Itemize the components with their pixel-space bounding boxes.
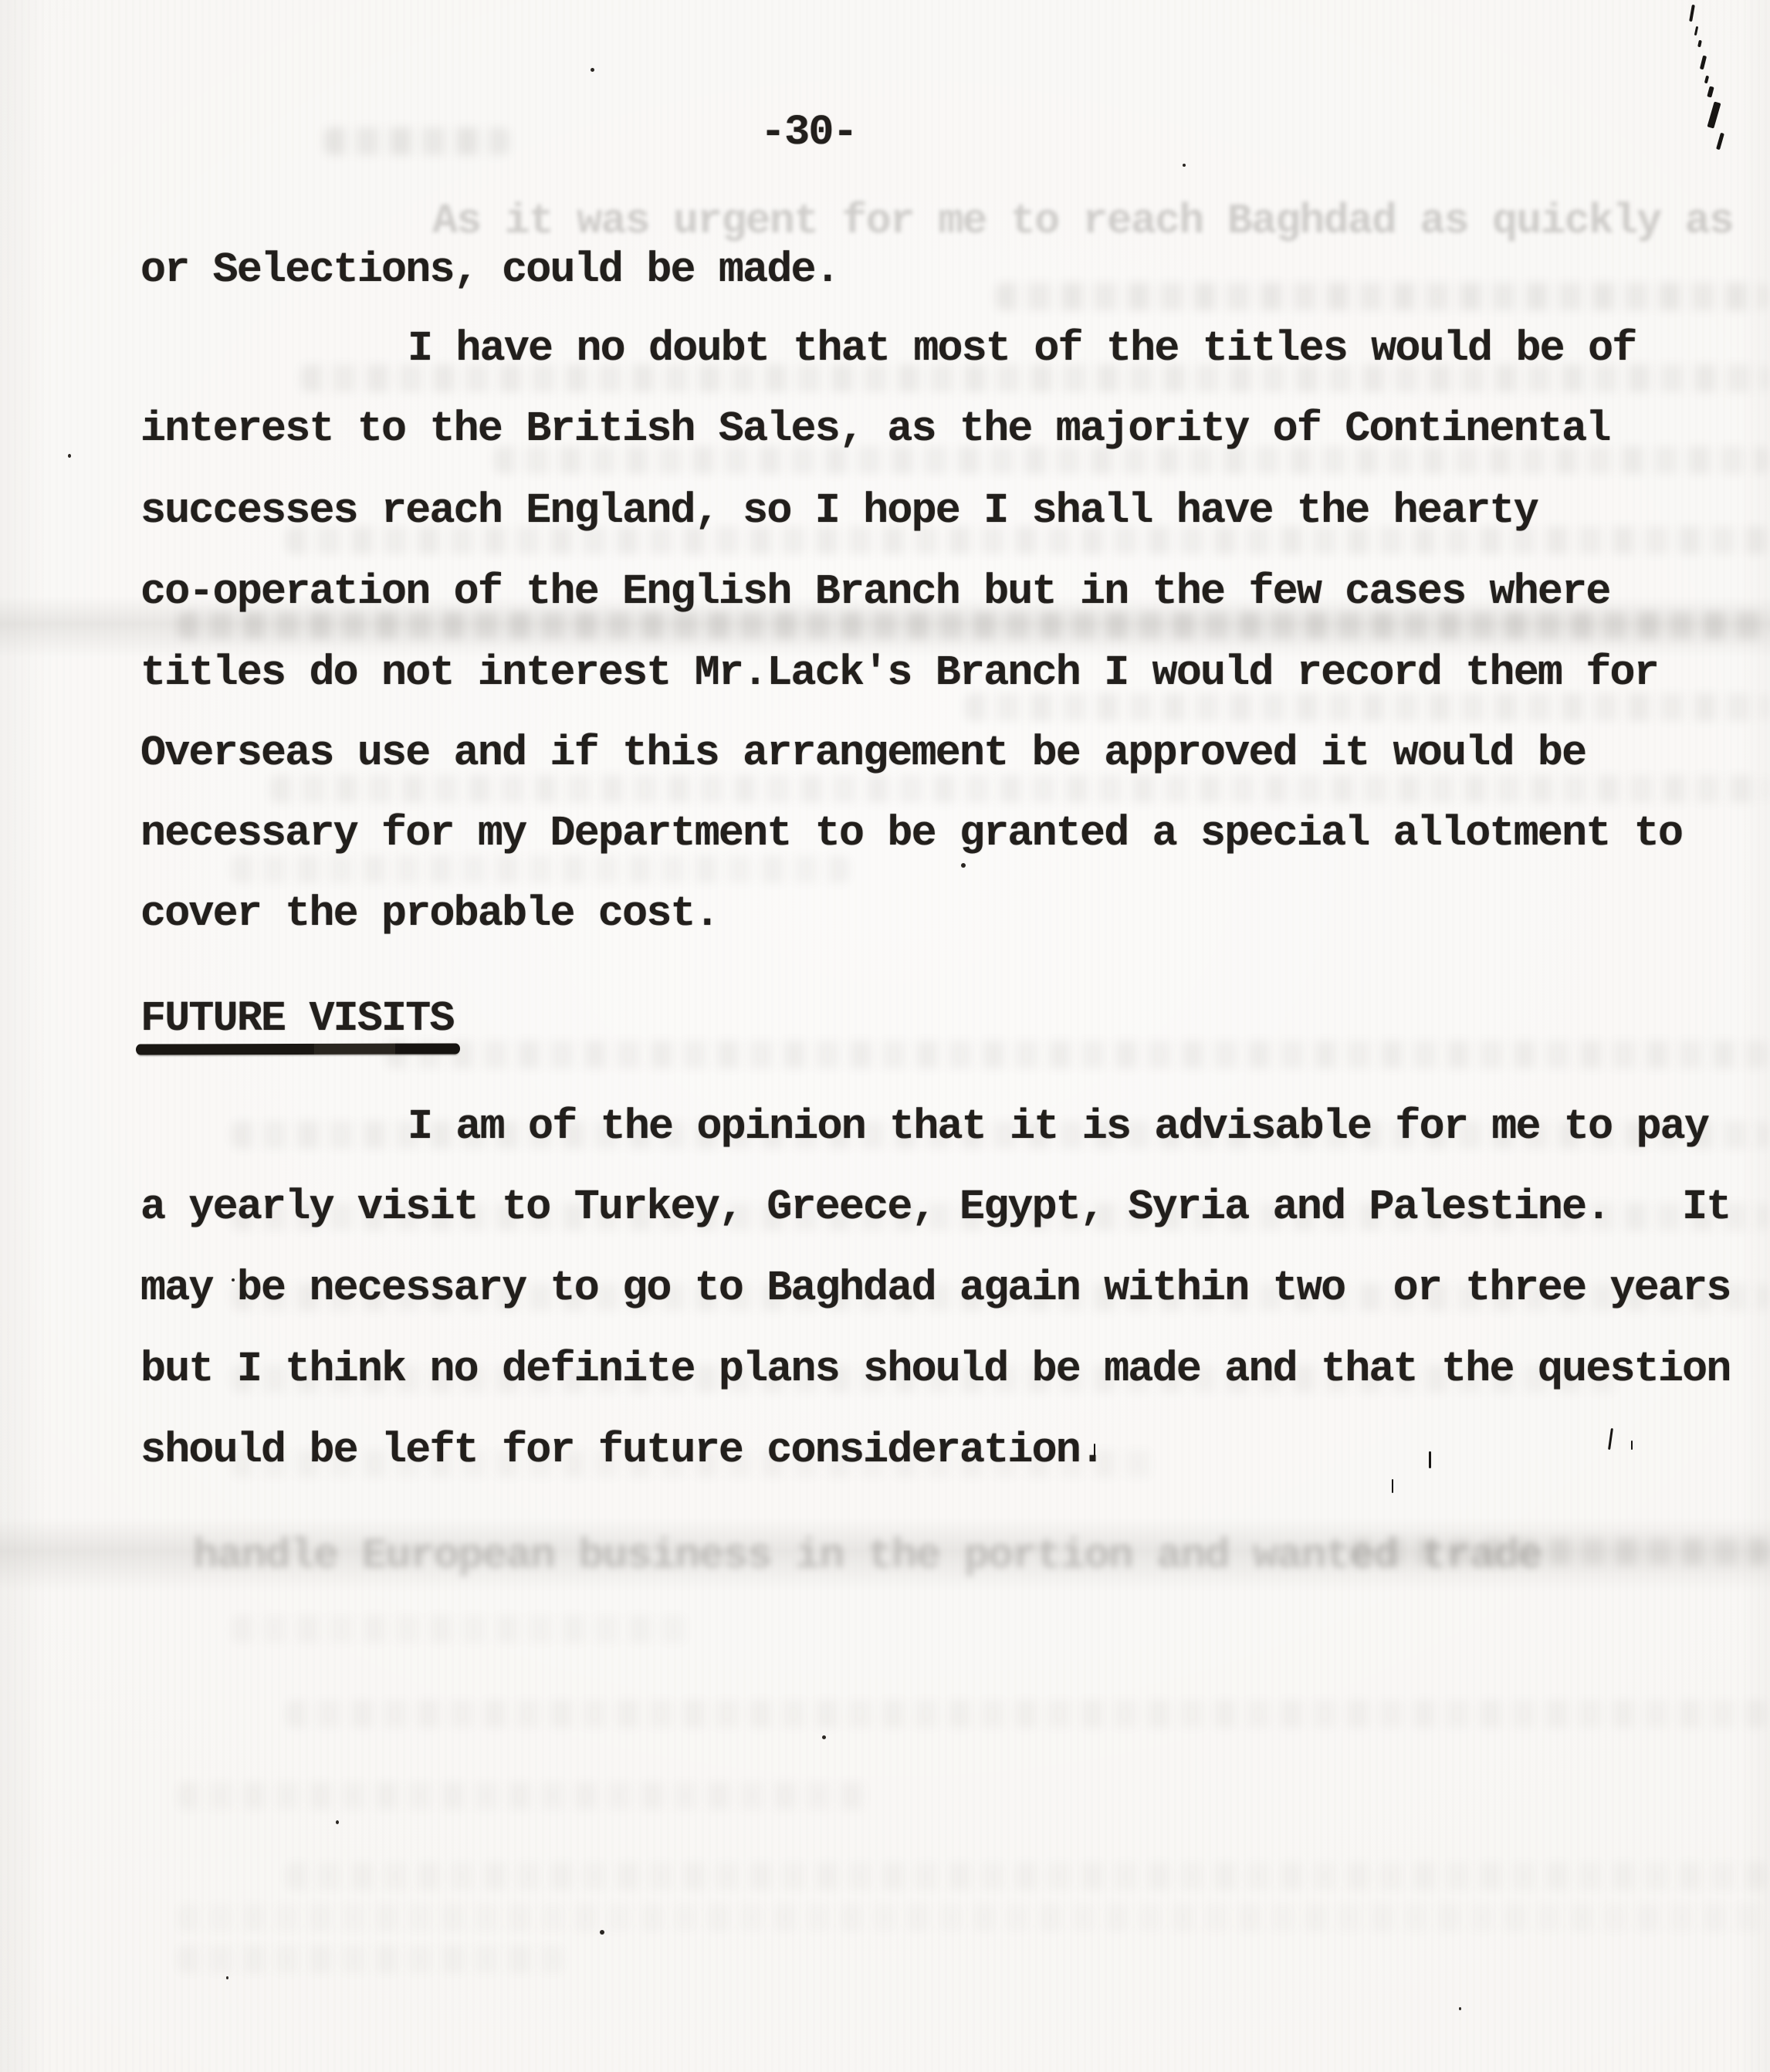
- body-line: should be left for future consideration.: [140, 1426, 1104, 1474]
- body-line: Overseas use and if this arrangement be …: [140, 729, 1586, 777]
- dust-speck: [1459, 2007, 1461, 2010]
- scanned-document-page: -30- As it was urgent for me to reach Ba…: [0, 0, 1770, 2072]
- scratch-mark: [1689, 5, 1695, 22]
- bleed-through-smudge: [270, 775, 1768, 803]
- dust-speck: [411, 903, 415, 907]
- bleed-through-line: As it was urgent for me to reach Baghdad…: [432, 197, 1733, 245]
- scratch-mark: [1694, 26, 1698, 36]
- body-line: or Selections, could be made.: [140, 245, 839, 294]
- bleed-through-smudge: [996, 283, 1768, 310]
- scratch-mark: [1631, 1441, 1633, 1450]
- scratch-mark: [1700, 56, 1707, 70]
- bleed-through-smudge: [965, 693, 1768, 721]
- body-line: interest to the British Sales, as the ma…: [140, 405, 1610, 453]
- scratch-mark: [1697, 40, 1702, 48]
- scratch-mark: [1429, 1451, 1431, 1468]
- scratch-mark: [1608, 1428, 1613, 1450]
- section-heading: FUTURE VISITS: [140, 994, 454, 1043]
- body-line: may be necessary to go to Baghdad again …: [140, 1264, 1731, 1312]
- bleed-through-smudge: [178, 1945, 563, 1973]
- dust-speck: [336, 1820, 339, 1824]
- bleed-through-smudge: [178, 1904, 1768, 1931]
- page-number: -30-: [760, 108, 857, 157]
- bleed-through-smudge: [286, 1862, 1768, 1890]
- bleed-through-smudge: [232, 855, 849, 883]
- bleed-through-smudge: [286, 1700, 1768, 1728]
- scratch-mark: [1707, 86, 1714, 97]
- body-line: co-operation of the English Branch but i…: [140, 567, 1610, 616]
- scratch-mark: [1392, 1479, 1393, 1493]
- dust-speck: [600, 1930, 604, 1935]
- dust-speck: [226, 1976, 228, 1979]
- bleed-through-smudge: [324, 127, 509, 155]
- body-line: a yearly visit to Turkey, Greece, Egypt,…: [140, 1183, 1731, 1231]
- bleed-through-smudge: [232, 1615, 695, 1643]
- body-line: but I think no definite plans should be …: [140, 1345, 1731, 1393]
- body-line: I am of the opinion that it is advisable…: [408, 1102, 1708, 1151]
- dust-speck: [1183, 164, 1186, 167]
- scratch-mark: [1716, 133, 1724, 151]
- bleed-through-line: handle European business in the portion …: [193, 1532, 1542, 1580]
- dust-speck: [68, 454, 71, 458]
- dust-speck: [232, 1278, 235, 1281]
- scratch-mark: [1094, 1444, 1095, 1456]
- scratch-mark: [1707, 101, 1721, 128]
- body-line: titles do not interest Mr.Lack's Branch …: [140, 648, 1658, 697]
- dust-speck: [822, 1735, 826, 1739]
- body-line: necessary for my Department to be grante…: [140, 809, 1682, 858]
- bleed-through-smudge: [178, 1782, 872, 1810]
- heading-underline: [136, 1043, 460, 1055]
- dust-speck: [591, 68, 594, 72]
- body-line: I have no doubt that most of the titles …: [408, 324, 1636, 373]
- scratch-mark: [1704, 76, 1709, 84]
- body-line: successes reach England, so I hope I sha…: [140, 486, 1538, 535]
- body-line: cover the probable cost.: [140, 889, 719, 938]
- bleed-through-smudge: [386, 1041, 1768, 1068]
- bleed-through-smudge: [1351, 1538, 1768, 1566]
- dust-speck: [961, 863, 966, 868]
